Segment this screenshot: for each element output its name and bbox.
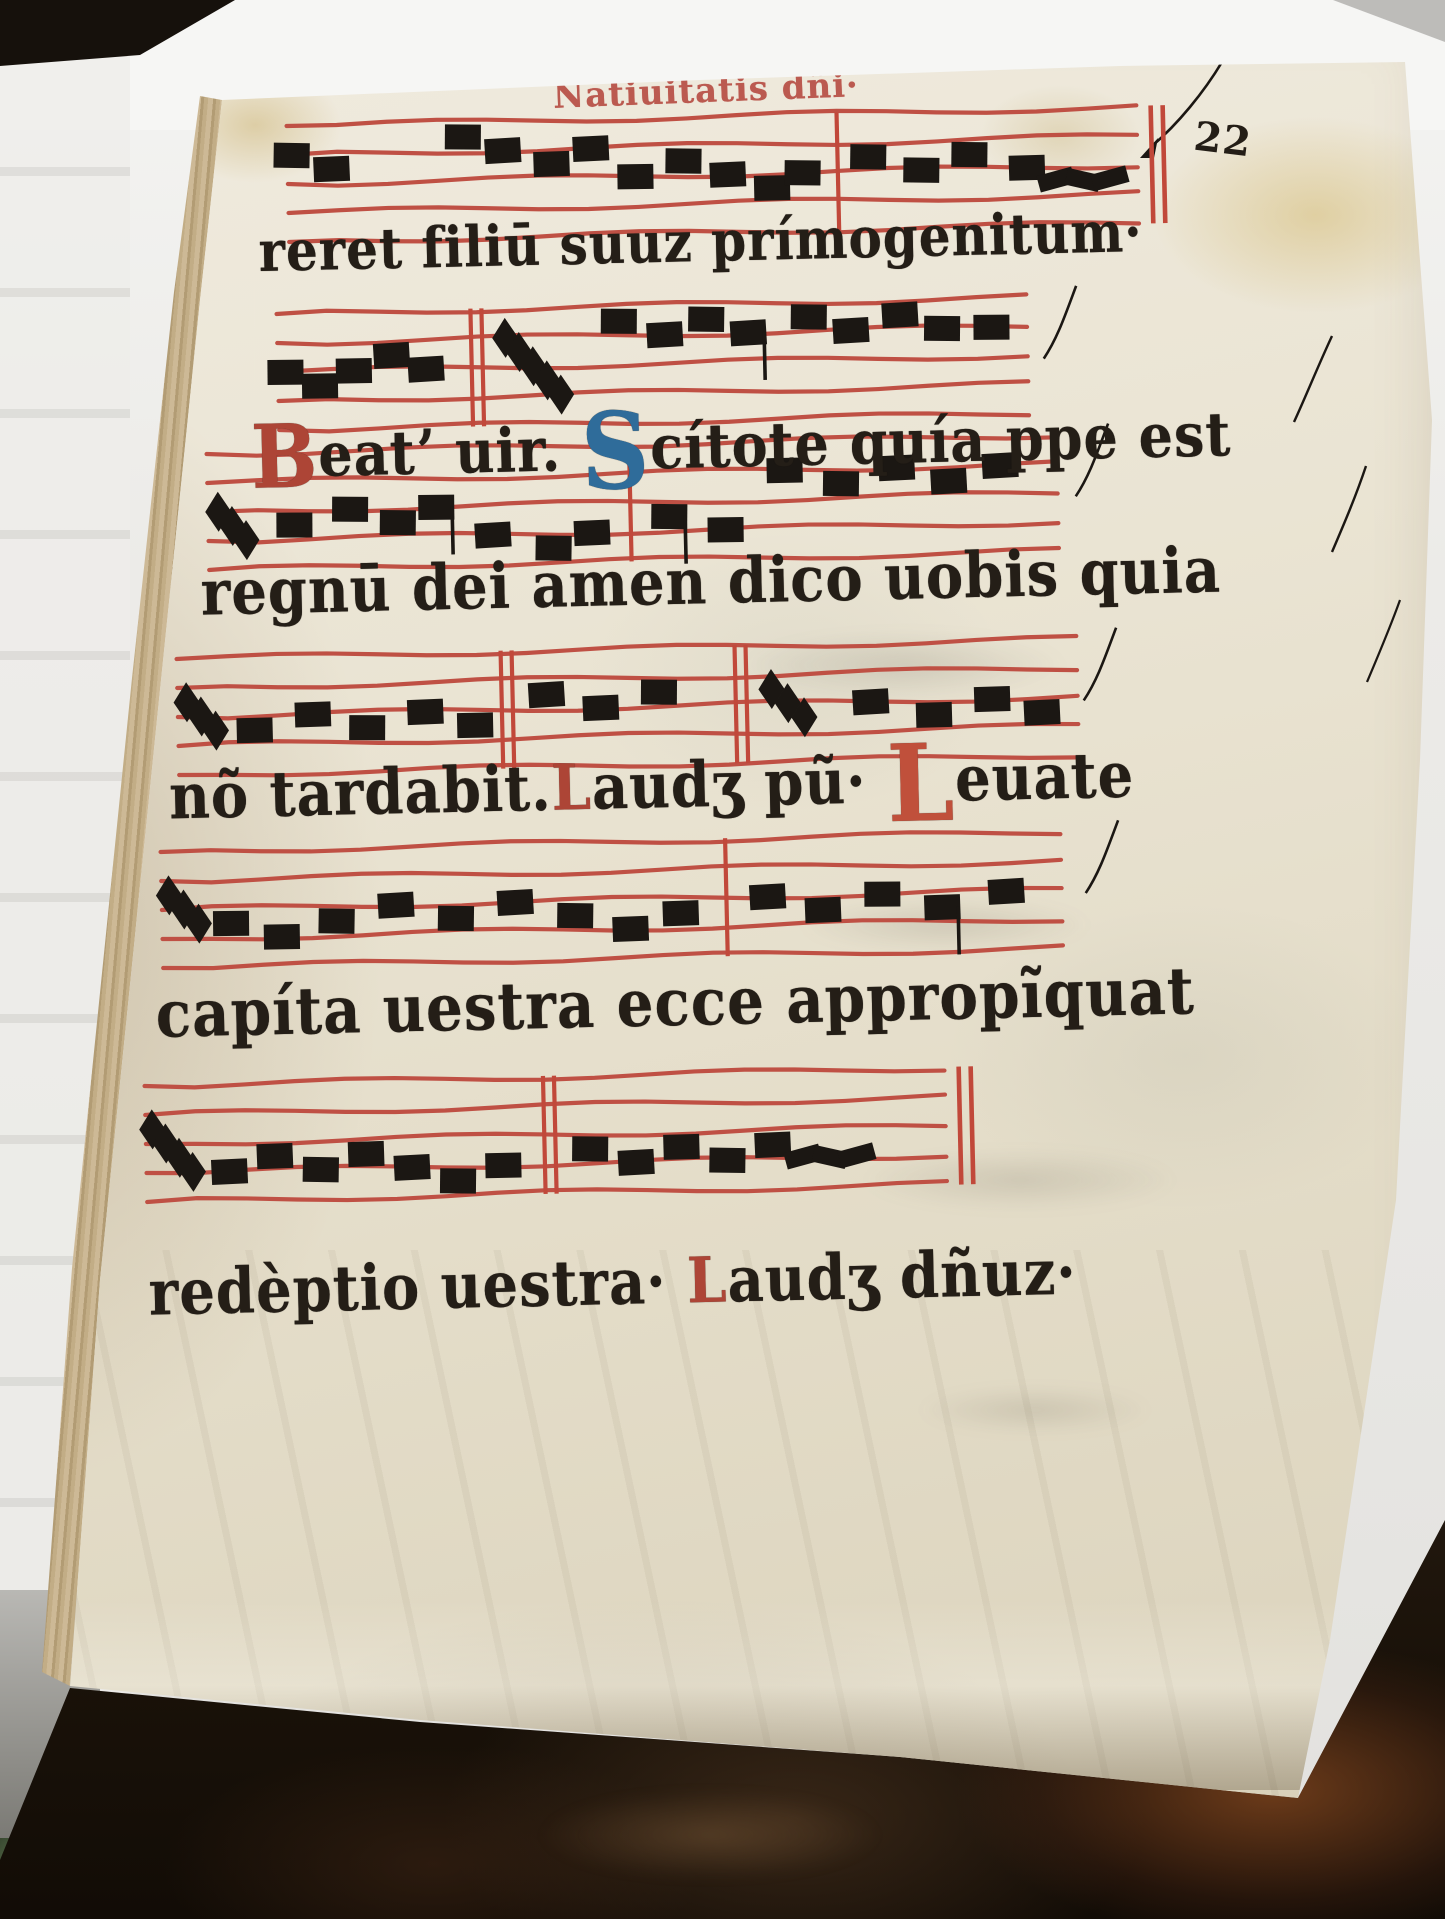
chant-text-line-6: redèptio uestra· Laudʒ dñuz·: [148, 1241, 1077, 1325]
manuscript-page: Natiuitatis dñi· 22 reret filiū suuz prí…: [0, 0, 1445, 1919]
text-segment: cítote quía ppe est: [649, 398, 1232, 483]
pen-flourish-icon: [1288, 332, 1338, 427]
text-segment: L: [551, 751, 593, 826]
chant-text-line-4: nõ tardabit.Laudʒ pũ· Leuate: [168, 726, 1135, 854]
page-number: 22: [1192, 117, 1254, 164]
text-segment: B: [250, 405, 320, 510]
chant-text-line-2: Beatʼ uir. Scítote quía ppe est: [250, 386, 1233, 514]
pen-flourish-icon: [1362, 596, 1406, 686]
chant-text-line-1: reret filiū suuz prímogenitum·: [258, 204, 1143, 280]
text-segment: L: [886, 721, 957, 847]
pen-flourish-icon: [1326, 462, 1372, 557]
floor-reflection: [540, 1790, 880, 1880]
text-segment: euate: [954, 738, 1135, 816]
ink-bleedthrough: [880, 1380, 1190, 1440]
text-segment: nõ tardabit.: [168, 752, 552, 835]
text-segment: audʒ pũ·: [591, 744, 888, 825]
text-segment: redèptio uestra·: [148, 1244, 688, 1330]
text-segment: L: [686, 1243, 728, 1318]
music-staff-6: [144, 1053, 977, 1226]
text-segment: S: [580, 389, 652, 515]
staff-svg: [144, 1053, 977, 1222]
text-segment: audʒ dñuz·: [727, 1235, 1078, 1317]
text-segment: eatʼ uir.: [317, 413, 581, 491]
photo-scene: Natiuitatis dñi· 22 reret filiū suuz prí…: [0, 0, 1445, 1919]
